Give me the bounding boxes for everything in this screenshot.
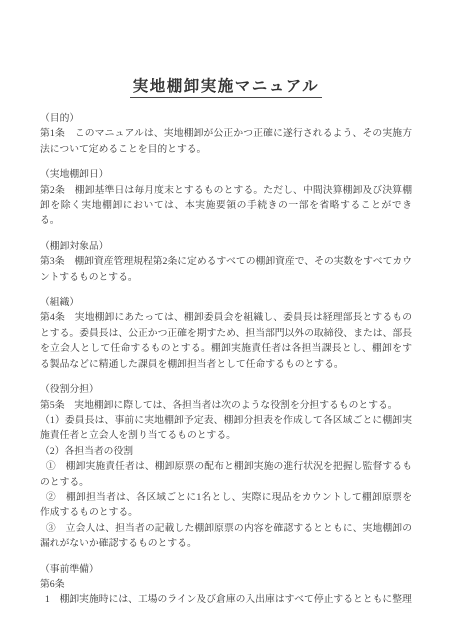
- paragraph-item: （1）委員長は、事前に実地棚卸予定表、棚卸分担表を作成して各区域ごとに棚卸実施責…: [40, 413, 412, 444]
- paragraph-article: 第6条: [40, 577, 412, 592]
- section-heading: （役割分担）: [40, 382, 412, 397]
- document-page: 実地棚卸実施マニュアル （目的）第1条 このマニュアルは、実地棚卸が公正かつ正確…: [0, 0, 450, 636]
- document-section: （組織）第4条 実地棚卸にあたっては、棚卸委員会を組織し、委員長は経理部長とする…: [40, 295, 412, 372]
- paragraph-article: 第4条 実地棚卸にあたっては、棚卸委員会を組織し、委員長は経理部長とするものとす…: [40, 310, 412, 372]
- document-title: 実地棚卸実施マニュアル: [130, 74, 322, 98]
- section-heading: （目的）: [40, 111, 412, 126]
- document-body: （目的）第1条 このマニュアルは、実地棚卸が公正かつ正確に遂行されるよう、その実…: [40, 111, 412, 608]
- paragraph-numbered: 1 棚卸実施時には、工場のライン及び倉庫の入出庫はすべて停止するとともに整理: [40, 592, 412, 607]
- paragraph-item: （2）各担当者の役割: [40, 444, 412, 459]
- section-heading: （実地棚卸日）: [40, 167, 412, 182]
- paragraph-subitem: ② 棚卸担当者は、各区域ごとに1名とし、実際に現品をカウントして棚卸原票を作成す…: [40, 490, 412, 521]
- section-heading: （事前準備）: [40, 562, 412, 577]
- paragraph-subitem: ① 棚卸実施責任者は、棚卸原票の配布と棚卸実施の進行状況を把握し監督するものとす…: [40, 459, 412, 490]
- document-section: （目的）第1条 このマニュアルは、実地棚卸が公正かつ正確に遂行されるよう、その実…: [40, 111, 412, 157]
- document-section: （役割分担）第5条 実地棚卸に際しては、各担当者は次のような役割を分担するものと…: [40, 382, 412, 551]
- document-section: （実地棚卸日）第2条 棚卸基準日は毎月度末とするものとする。ただし、中間決算棚卸…: [40, 167, 412, 229]
- section-heading: （組織）: [40, 295, 412, 310]
- paragraph-article: 第3条 棚卸資産管理規程第2条に定めるすべての棚卸資産で、その実数をすべてカウン…: [40, 254, 412, 285]
- document-section: （棚卸対象品）第3条 棚卸資産管理規程第2条に定めるすべての棚卸資産で、その実数…: [40, 239, 412, 285]
- paragraph-subitem: ③ 立会人は、担当者の記載した棚卸原票の内容を確認するとともに、実地棚卸の漏れが…: [40, 521, 412, 552]
- title-area: 実地棚卸実施マニュアル: [40, 74, 412, 98]
- document-section: （事前準備）第6条1 棚卸実施時には、工場のライン及び倉庫の入出庫はすべて停止す…: [40, 562, 412, 608]
- paragraph-article: 第2条 棚卸基準日は毎月度末とするものとする。ただし、中間決算棚卸及び決算棚卸を…: [40, 183, 412, 229]
- paragraph-article: 第1条 このマニュアルは、実地棚卸が公正かつ正確に遂行されるよう、その実施方法に…: [40, 126, 412, 157]
- section-heading: （棚卸対象品）: [40, 239, 412, 254]
- paragraph-article: 第5条 実地棚卸に際しては、各担当者は次のような役割を分担するものとする。: [40, 398, 412, 413]
